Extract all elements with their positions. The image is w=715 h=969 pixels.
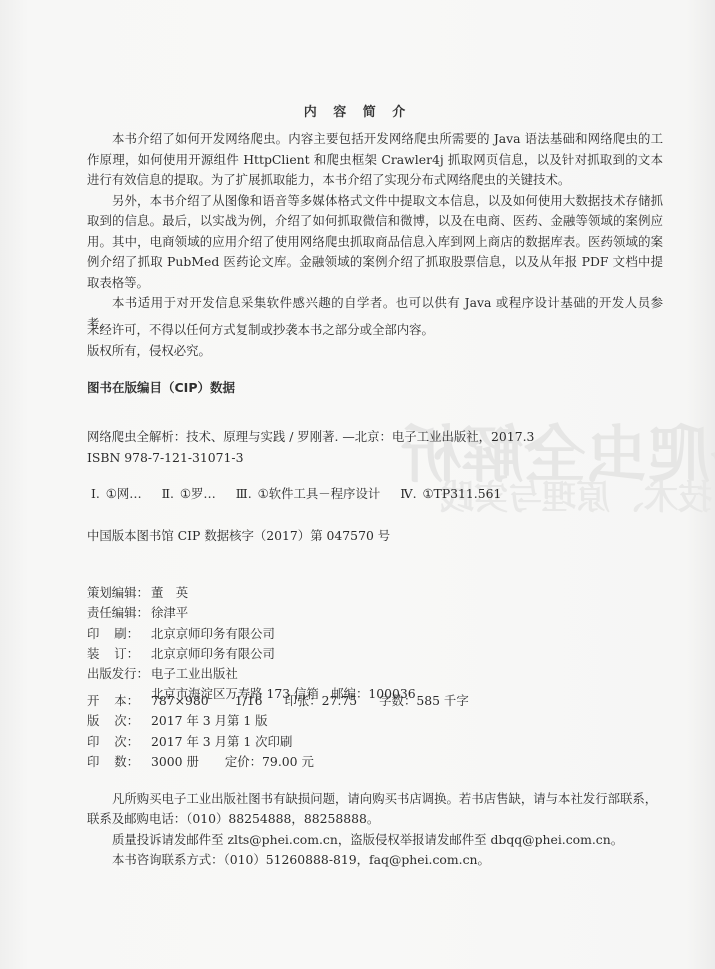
- spec-format-fraction: 1/16: [235, 691, 263, 711]
- credit-row: 装 订： 北京京师印务有限公司: [87, 644, 416, 664]
- credit-label: 印 刷：: [87, 624, 139, 644]
- spec-print-run-value: 3000 册: [151, 752, 199, 772]
- spec-label: 印 数：: [87, 752, 139, 772]
- summary-paragraph: 本书介绍了如何开发网络爬虫。内容主要包括开发网络爬虫所需要的 Java 语法基础…: [87, 129, 663, 191]
- credit-value: 北京京师印务有限公司: [151, 624, 275, 644]
- cip-class-item: Ⅲ. ①软件工具－程序设计: [236, 486, 380, 501]
- complaint-emails: 质量投诉请发邮件至 zlts@phei.com.cn，盗版侵权举报请发邮件至 d…: [87, 830, 687, 850]
- cip-isbn: ISBN 978-7-121-31071-3: [87, 447, 534, 468]
- defect-notice: 凡所购买电子工业出版社图书有缺损问题，请向购买书店调换。若书店售缺，请与本社发行…: [87, 789, 687, 809]
- print-specs: 开 本： 787×980 1/16 印张：27.75 字数：585 千字 版 次…: [87, 691, 469, 772]
- cip-class-item: Ⅳ. ①TP311.561: [400, 486, 501, 501]
- spec-row-edition: 版 次： 2017 年 3 月第 1 版: [87, 711, 469, 731]
- contact-footer: 凡所购买电子工业出版社图书有缺损问题，请向购买书店调换。若书店售缺，请与本社发行…: [87, 789, 687, 870]
- spec-row-printing: 印 次： 2017 年 3 月第 1 次印刷: [87, 732, 469, 752]
- summary-paragraph: 另外，本书介绍了从图像和语音等多媒体格式文件中提取文本信息，以及如何使用大数据技…: [87, 191, 663, 294]
- cip-record-number: 中国版本图书馆 CIP 数据核字（2017）第 047570 号: [87, 526, 390, 544]
- spec-price: 定价：79.00 元: [225, 752, 314, 772]
- credit-label: 装 订：: [87, 644, 139, 664]
- credit-row: 策划编辑： 董 英: [87, 583, 416, 603]
- credit-label: 责任编辑：: [87, 603, 151, 623]
- spec-sheets: 印张：27.75: [285, 691, 358, 711]
- spec-label: 开 本：: [87, 691, 139, 711]
- credit-value: 北京京师印务有限公司: [151, 644, 275, 664]
- cip-class-item: Ⅰ. ①网…: [91, 486, 142, 501]
- credit-row: 出版发行： 电子工业出版社: [87, 664, 416, 684]
- credit-value: 徐津平: [151, 603, 188, 623]
- summary-body: 本书介绍了如何开发网络爬虫。内容主要包括开发网络爬虫所需要的 Java 语法基础…: [87, 129, 663, 334]
- credit-row: 责任编辑： 徐津平: [87, 603, 416, 623]
- spec-row-print-run: 印 数： 3000 册 定价：79.00 元: [87, 752, 469, 772]
- credit-row: 印 刷： 北京京师印务有限公司: [87, 624, 416, 644]
- copyright-line: 未经许可，不得以任何方式复制或抄袭本书之部分或全部内容。: [87, 320, 663, 341]
- cip-classification: Ⅰ. ①网… Ⅱ. ①罗… Ⅲ. ①软件工具－程序设计 Ⅳ. ①TP311.56…: [91, 484, 515, 502]
- spec-word-count: 字数：585 千字: [379, 691, 469, 711]
- cip-record: 网络爬虫全解析：技术、原理与实践 / 罗刚著. —北京：电子工业出版社，2017…: [87, 426, 534, 468]
- inquiry-contact: 本书咨询联系方式：（010）51260888-819，faq@phei.com.…: [87, 850, 687, 870]
- spec-edition-value: 2017 年 3 月第 1 版: [151, 711, 268, 731]
- order-phone: 联系及邮购电话：（010）88254888，88258888。: [87, 809, 687, 829]
- spec-label: 版 次：: [87, 711, 139, 731]
- copyright-notice: 未经许可，不得以任何方式复制或抄袭本书之部分或全部内容。 版权所有，侵权必究。: [87, 320, 663, 361]
- credit-value: 董 英: [151, 583, 188, 603]
- spec-format-size: 787×980: [151, 691, 209, 711]
- spec-row-format: 开 本： 787×980 1/16 印张：27.75 字数：585 千字: [87, 691, 469, 711]
- cip-heading: 图书在版编目（CIP）数据: [87, 378, 235, 396]
- copyright-line: 版权所有，侵权必究。: [87, 341, 663, 362]
- credit-label: 出版发行：: [87, 664, 151, 684]
- copyright-page: 网络爬虫全解析 技术、原理与实践 内 容 简 介 本书介绍了如何开发网络爬虫。内…: [0, 0, 715, 969]
- spec-printing-value: 2017 年 3 月第 1 次印刷: [151, 732, 292, 752]
- cip-record-line: 网络爬虫全解析：技术、原理与实践 / 罗刚著. —北京：电子工业出版社，2017…: [87, 426, 534, 447]
- cip-class-item: Ⅱ. ①罗…: [162, 486, 216, 501]
- credit-value: 电子工业出版社: [151, 664, 238, 684]
- credits: 策划编辑： 董 英 责任编辑： 徐津平 印 刷： 北京京师印务有限公司 装 订：…: [87, 583, 416, 705]
- summary-title: 内 容 简 介: [0, 101, 715, 120]
- spec-label: 印 次：: [87, 732, 139, 752]
- credit-label: 策划编辑：: [87, 583, 151, 603]
